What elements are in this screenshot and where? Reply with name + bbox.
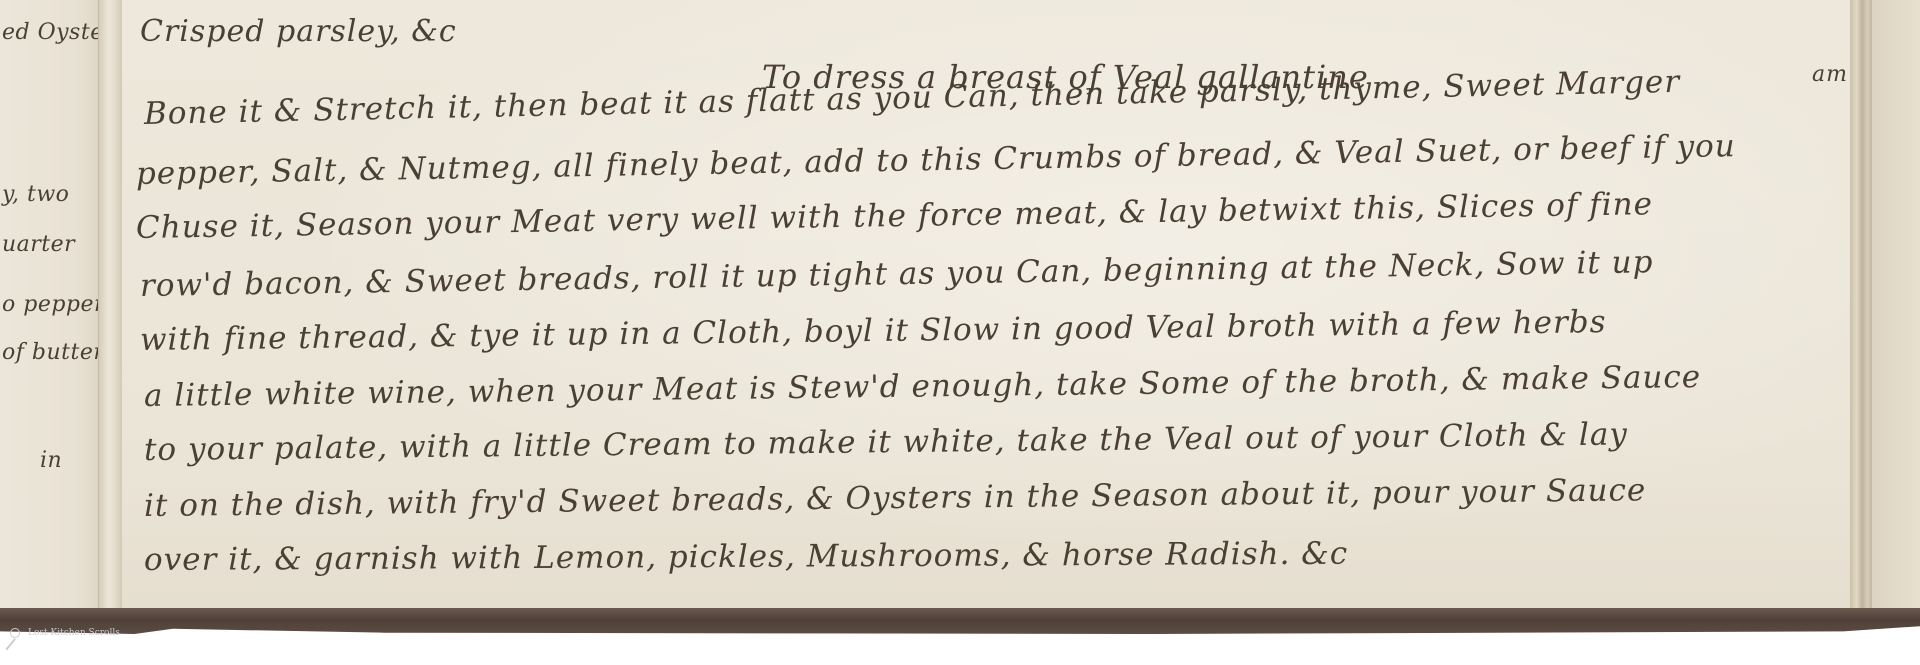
recipe-line: over it, & garnish with Lemon, pickles, … [144,536,1348,578]
watermark-text: Lost Kitchen Scrolls [28,628,120,638]
recipe-line: pepper, Salt, & Nutmeg, all finely beat,… [136,128,1736,192]
left-page: ed Oysters y, two uarter o pepper of but… [0,0,100,612]
spoon-icon [10,628,20,638]
leather-binding [0,608,1920,634]
book-cover-edge [1872,0,1920,620]
page-edges [1850,0,1872,618]
manuscript-spread: ed Oysters y, two uarter o pepper of but… [0,0,1920,665]
margin-fragment: y, two [2,182,69,207]
margin-fragment: of butter [2,340,104,365]
recipe-line: Chuse it, Season your Meat very well wit… [136,186,1654,246]
margin-fragment: o pepper [2,292,105,317]
book-gutter [98,0,123,615]
margin-fragment: uarter [2,232,75,257]
previous-recipe-end: Crisped parsley, &c [140,14,457,49]
recipe-line: a little white wine, when your Meat is S… [144,359,1702,414]
catchword: am [1812,62,1848,87]
right-page: Crisped parsley, &c To dress a breast of… [122,0,1850,610]
recipe-line: it on the dish, with fry'd Sweet breads,… [144,472,1647,524]
watermark: Lost Kitchen Scrolls [10,628,120,638]
margin-fragment: in [40,448,62,473]
recipe-line: with fine thread, & tye it up in a Cloth… [140,304,1607,358]
recipe-line: row'd bacon, & Sweet breads, roll it up … [140,244,1654,304]
recipe-line: to your palate, with a little Cream to m… [144,416,1628,468]
